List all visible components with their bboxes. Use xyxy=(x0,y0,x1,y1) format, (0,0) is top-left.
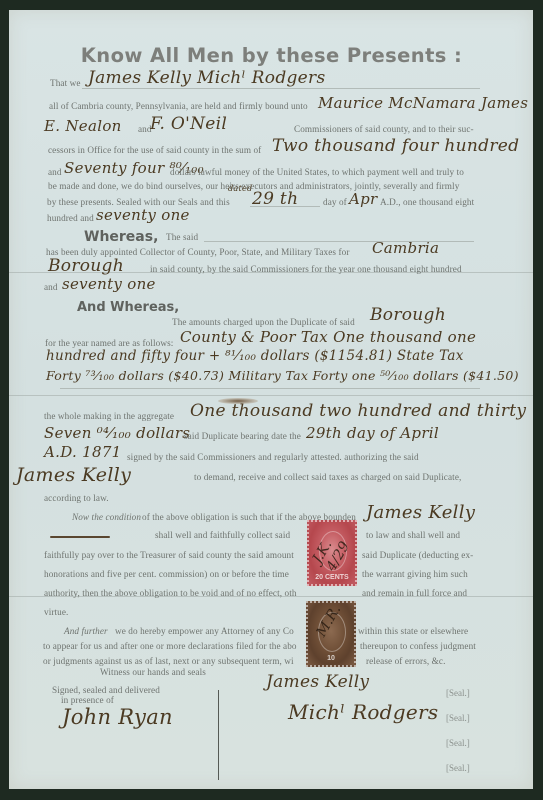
obligees-handwritten-2: E. Nealon xyxy=(44,117,122,135)
condition-line5b: and remain in full force and xyxy=(362,588,467,598)
condition-line2b: to law and shall well and xyxy=(366,530,460,540)
condition-line6: virtue. xyxy=(44,607,68,617)
seal-label: [Seal.] xyxy=(446,738,470,748)
fill-line xyxy=(82,88,480,89)
aggregate-handwritten-2: Seven ⁰⁴⁄₁₀₀ dollars xyxy=(44,424,190,442)
in-presence-label: in presence of xyxy=(61,695,114,705)
whereas-line3: in said county, by the said Commissioner… xyxy=(150,264,462,274)
para1-line8: hundred and xyxy=(47,213,94,223)
obligees-handwritten-3: F. O'Neil xyxy=(150,114,227,134)
year-handwritten-2: seventy one xyxy=(62,275,156,293)
further-line3b: release of errors, &c. xyxy=(366,656,446,666)
signed-sealed-label: Signed, sealed and delivered xyxy=(52,685,160,695)
year-handwritten: seventy one xyxy=(96,206,190,224)
ad-year-handwritten: A.D. 1871 xyxy=(44,443,122,461)
further-line2a: to appear for us and after one or more d… xyxy=(43,641,297,651)
para1-line2: all of Cambria county, Pennsylvania, are… xyxy=(49,101,308,111)
sum-handwritten-1: Two thousand four hundred xyxy=(272,136,519,156)
amounts-line2: for the year named are as follows: xyxy=(45,338,173,348)
month-handwritten: Apr xyxy=(349,190,378,208)
stamp-value: 10 xyxy=(308,655,354,662)
duplicate-date-label: said Duplicate bearing date the xyxy=(184,431,301,441)
stamp-cancel-mark: J.K. 4/29 xyxy=(310,522,359,574)
para1-line3: Commissioners of said county, and to the… xyxy=(294,124,474,134)
and-whereas-heading: And Whereas, xyxy=(77,300,179,315)
blank-dash xyxy=(50,536,110,538)
amounts-handwritten-2: hundred and fifty four + ⁸¹⁄₁₀₀ dollars … xyxy=(46,348,464,364)
revenue-stamp-brown: M.R. 10 xyxy=(306,601,356,667)
seal-label: [Seal.] xyxy=(446,763,470,773)
fold-line xyxy=(9,395,533,396)
whereas-heading: Whereas, xyxy=(84,229,158,245)
para1-line5: dollars lawful money of the United State… xyxy=(170,167,464,177)
further-lead: And further xyxy=(64,626,108,636)
signature-bracket xyxy=(218,690,223,780)
amounts-handwritten-3: Forty ⁷³⁄₁₀₀ dollars ($40.73) Military T… xyxy=(46,368,519,383)
para1-line4: cessors in Office for the use of said co… xyxy=(48,145,261,155)
further-line1a: we do hereby empower any Attorney of any… xyxy=(115,626,294,636)
demand-line: to demand, receive and collect said taxe… xyxy=(194,472,461,482)
para1-line7c: A.D., one thousand eight xyxy=(380,197,474,207)
condition-line2a: shall well and faithfully collect said xyxy=(155,530,290,540)
further-line2b: thereupon to confess judgment xyxy=(360,641,476,651)
further-line3a: or judgments against us as of last, next… xyxy=(43,656,294,666)
fill-line xyxy=(250,206,320,207)
witness-signature: John Ryan xyxy=(62,705,173,729)
place-handwritten-2: Borough xyxy=(48,256,124,276)
further-line1b: within this state or elsewhere xyxy=(358,626,468,636)
bounden-handwritten: James Kelly xyxy=(366,502,475,523)
place-handwritten-3: Borough xyxy=(370,305,446,325)
signer1-signature: James Kelly xyxy=(266,672,369,692)
seal-label: [Seal.] xyxy=(446,713,470,723)
the-said-label: The said xyxy=(166,232,198,242)
amounts-handwritten-1: County & Poor Tax One thousand one xyxy=(180,328,476,346)
fill-line xyxy=(60,388,480,389)
obligees-handwritten-1: Maurice McNamara James xyxy=(318,94,528,112)
according-to-law: according to law. xyxy=(44,493,109,503)
seal-label: [Seal.] xyxy=(446,688,470,698)
condition-line3a: faithfully pay over to the Treasurer of … xyxy=(44,550,294,560)
dated-insert: dated xyxy=(228,184,252,193)
para1-line7b: day of xyxy=(323,197,347,207)
aggregate-handwritten-1: One thousand two hundred and thirty xyxy=(190,401,526,421)
duplicate-date-handwritten: 29th day of April xyxy=(306,424,439,442)
witness-line: Witness our hands and seals xyxy=(100,667,206,677)
collector-handwritten: James Kelly xyxy=(16,464,131,486)
document-title: Know All Men by these Presents : xyxy=(0,44,543,67)
stamp-value: 20 CENTS xyxy=(309,574,355,581)
and-label-3: and xyxy=(44,282,58,292)
condition-lead: Now the condition xyxy=(72,512,141,522)
signer2-signature: Michˡ Rodgers xyxy=(288,700,438,724)
condition-line3b: said Duplicate (deducting ex- xyxy=(362,550,473,560)
aggregate-label: the whole making in the aggregate xyxy=(44,411,174,421)
obligors-handwritten: James Kelly Michˡ Rodgers xyxy=(88,68,326,88)
and-label-2: and xyxy=(48,167,62,177)
condition-line4b: the warrant giving him such xyxy=(362,569,468,579)
amounts-line1: The amounts charged upon the Duplicate o… xyxy=(172,317,355,327)
place-handwritten-1: Cambria xyxy=(372,239,439,257)
condition-line5a: authority, then the above obligation to … xyxy=(44,588,297,598)
that-we-label: That we xyxy=(50,78,81,88)
signed-attested-line: signed by the said Commissioners and reg… xyxy=(127,452,419,462)
revenue-stamp-red: J.K. 4/29 20 CENTS xyxy=(307,520,357,586)
condition-line4a: honorations and five per cent. commissio… xyxy=(44,569,289,579)
